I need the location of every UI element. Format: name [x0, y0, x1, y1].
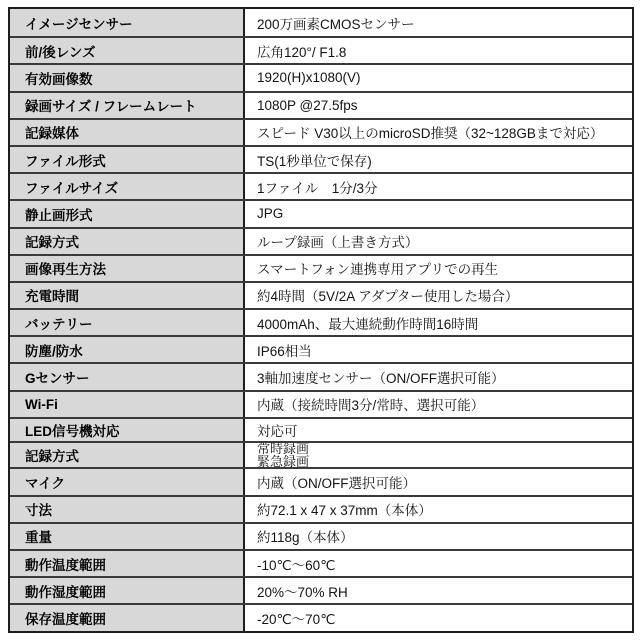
spec-row-value: 20%～70% RH [245, 578, 632, 603]
spec-row-value: 約4時間（5V/2A アダプター使用した場合） [245, 283, 632, 308]
spec-row-label: イメージセンサー [10, 9, 245, 36]
spec-row-value: 内蔵（接続時間3分/常時、選択可能） [245, 392, 632, 417]
spec-row-value-line: 緊急録画 [257, 455, 309, 467]
spec-row-value: IP66相当 [245, 337, 632, 362]
spec-row-value: 常時録画緊急録画 [245, 443, 632, 467]
spec-row: 録画サイズ / フレームレート 1080P @27.5fps [10, 91, 632, 118]
spec-row: Wi-Fi 内蔵（接続時間3分/常時、選択可能） [10, 390, 632, 417]
spec-row-value: 広角120°/ F1.8 [245, 38, 632, 63]
spec-row-label: 記録方式 [10, 443, 245, 467]
spec-row-label: 有効画像数 [10, 65, 245, 90]
spec-row-label: 記録方式 [10, 229, 245, 254]
spec-row-label: 記録媒体 [10, 120, 245, 145]
spec-row: 記録媒体 スピード V30以上のmicroSD推奨（32~128GBまで対応） [10, 118, 632, 145]
spec-row-value: 200万画素CMOSセンサー [245, 9, 632, 36]
spec-row-label: 寸法 [10, 497, 245, 522]
spec-row-value: 約118g（本体） [245, 524, 632, 549]
spec-row: 動作温度範囲 -10℃～60℃ [10, 549, 632, 576]
spec-row-value: -10℃～60℃ [245, 551, 632, 576]
spec-row: 画像再生方法 スマートフォン連携専用アプリでの再生 [10, 254, 632, 281]
spec-row-label: 静止画形式 [10, 201, 245, 226]
spec-row-value: 1080P @27.5fps [245, 93, 632, 118]
spec-row-label: Gセンサー [10, 364, 245, 389]
spec-row-value: スマートフォン連携専用アプリでの再生 [245, 256, 632, 281]
spec-table: イメージセンサー 200万画素CMOSセンサー 前/後レンズ 広角120°/ F… [8, 7, 634, 633]
spec-row: 静止画形式 JPG [10, 199, 632, 226]
spec-row-label: 動作湿度範囲 [10, 578, 245, 603]
spec-row: 動作湿度範囲 20%～70% RH [10, 576, 632, 603]
spec-row-value: JPG [245, 201, 632, 226]
spec-row-label: LED信号機対応 [10, 419, 245, 442]
spec-row-label: Wi-Fi [10, 392, 245, 417]
spec-row-value: ループ録画（上書き方式） [245, 229, 632, 254]
spec-row: 記録方式 ループ録画（上書き方式） [10, 227, 632, 254]
spec-row-label: 前/後レンズ [10, 38, 245, 63]
spec-row-label: ファイル形式 [10, 147, 245, 172]
spec-row-label: バッテリー [10, 310, 245, 335]
spec-row: 防塵/防水 IP66相当 [10, 335, 632, 362]
spec-row-label: ファイルサイズ [10, 174, 245, 199]
spec-row: 有効画像数 1920(H)x1080(V) [10, 63, 632, 90]
spec-row-label: 重量 [10, 524, 245, 549]
spec-row-label: 充電時間 [10, 283, 245, 308]
spec-row: イメージセンサー 200万画素CMOSセンサー [10, 9, 632, 36]
spec-row: 前/後レンズ 広角120°/ F1.8 [10, 36, 632, 63]
spec-row: 寸法 約72.1 x 47 x 37mm（本体） [10, 495, 632, 522]
spec-row-label: 画像再生方法 [10, 256, 245, 281]
spec-row-label: 防塵/防水 [10, 337, 245, 362]
spec-row-value: 1ファイル 1分/3分 [245, 174, 632, 199]
spec-row: 重量 約118g（本体） [10, 522, 632, 549]
spec-row-value: 4000mAh、最大連続動作時間16時間 [245, 310, 632, 335]
spec-row-label: 動作温度範囲 [10, 551, 245, 576]
spec-row: マイク 内蔵（ON/OFF選択可能） [10, 467, 632, 494]
spec-row-value: スピード V30以上のmicroSD推奨（32~128GBまで対応） [245, 120, 632, 145]
spec-row-value: 内蔵（ON/OFF選択可能） [245, 469, 632, 494]
spec-row-value: 約72.1 x 47 x 37mm（本体） [245, 497, 632, 522]
spec-row: 充電時間 約4時間（5V/2A アダプター使用した場合） [10, 281, 632, 308]
spec-row: ファイル形式 TS(1秒単位で保存) [10, 145, 632, 172]
spec-row-label: 保存温度範囲 [10, 605, 245, 630]
spec-row-value: TS(1秒単位で保存) [245, 147, 632, 172]
spec-row-label: マイク [10, 469, 245, 494]
spec-row-value: 3軸加速度センサー（ON/OFF選択可能） [245, 364, 632, 389]
spec-row: 保存温度範囲 -20℃～70℃ [10, 603, 632, 630]
spec-row-label: 録画サイズ / フレームレート [10, 93, 245, 118]
spec-row-value: 1920(H)x1080(V) [245, 65, 632, 90]
spec-row: Gセンサー 3軸加速度センサー（ON/OFF選択可能） [10, 362, 632, 389]
spec-row: 記録方式 常時録画緊急録画 [10, 441, 632, 467]
page: { "table": { "rows": [ { "label": "イメージセ… [0, 0, 640, 640]
spec-row-value: -20℃～70℃ [245, 605, 632, 630]
spec-row: バッテリー 4000mAh、最大連続動作時間16時間 [10, 308, 632, 335]
spec-row-value: 対応可 [245, 419, 632, 442]
spec-row: ファイルサイズ 1ファイル 1分/3分 [10, 172, 632, 199]
spec-row: LED信号機対応 対応可 [10, 417, 632, 442]
